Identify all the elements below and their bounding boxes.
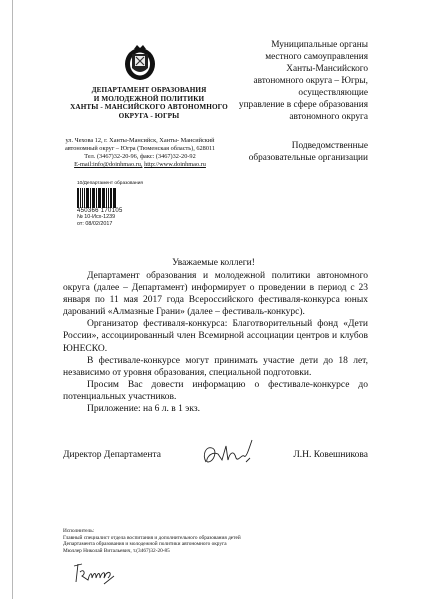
scan-edge-line (12, 0, 13, 599)
website-link[interactable]: http://www.doinhmao.ru (144, 161, 206, 168)
department-header: ДЕПАРТАМЕНТ ОБРАЗОВАНИЯ И МОЛОДЕЖНОЙ ПОЛ… (60, 86, 238, 120)
addressee-line: Подведомственные (236, 140, 368, 152)
addressee-line: образовательные организации (236, 152, 368, 164)
phone-fax: Тел. (3467)32-20-96, факс: (3467)32-20-9… (44, 153, 236, 161)
registration-stamp: 10/Департамент образования 450366 170105… (77, 181, 157, 228)
dept-line: ДЕПАРТАМЕНТ ОБРАЗОВАНИЯ (60, 86, 238, 95)
executor-line: Мюллер Николай Витальевич, т.(3467)32-20… (63, 548, 283, 555)
addressee-line: местного самоуправления (236, 51, 368, 63)
document-date: от: 08/02/2017 (77, 221, 157, 228)
paragraph: В фестивале-конкурсе могут принимать уча… (63, 355, 368, 379)
handwritten-signature-icon (200, 432, 260, 468)
letter-body: Департамент образования и молодежной пол… (63, 270, 368, 415)
signer-title: Директор Департамента (63, 450, 161, 460)
address-line: ул. Чехова 12, г. Ханты-Мансийск, Ханты-… (44, 137, 236, 145)
addressee-line: Ханты-Мансийского (236, 63, 368, 75)
addressee-secondary: Подведомственные образовательные организ… (236, 140, 368, 164)
executor-line: Департамента образования и молодежной по… (63, 541, 283, 548)
addressee-line: осуществляющие (236, 87, 368, 99)
dept-line: И МОЛОДЕЖНОЙ ПОЛИТИКИ (60, 95, 238, 104)
attachment-note: Приложение: на 6 л. в 1 экз. (63, 403, 368, 415)
addressee-line: автономного округа (236, 111, 368, 123)
executor-signature-icon (70, 560, 120, 588)
executor-block: Исполнитель: Главный специалист отдела в… (63, 528, 283, 554)
dept-line: ХАНТЫ - МАНСИЙСКОГО АВТОНОМНОГО (60, 103, 238, 112)
registration-label: 10/Департамент образования (77, 181, 157, 187)
addressee-line: управление в сфере образования (236, 99, 368, 111)
email-link[interactable]: E-mail:info@doinhmao.ru, (74, 161, 142, 168)
greeting: Уважаемые коллеги! (0, 258, 427, 268)
executor-label: Исполнитель: (63, 528, 283, 535)
signer-name: Л.Н. Ковешникова (293, 450, 368, 460)
dept-line: ОКРУГА - ЮГРЫ (60, 112, 238, 121)
addressee-line: Муниципальные органы (236, 39, 368, 51)
barcode-icon (77, 188, 117, 208)
contact-info: ул. Чехова 12, г. Ханты-Мансийск, Ханты-… (44, 137, 236, 169)
document-number: № 10-Исх-1239 (77, 214, 157, 221)
paragraph: Организатор фестиваля-конкурса: Благотво… (63, 318, 368, 354)
address-line: автономный округ – Югра (Тюменская облас… (44, 145, 236, 153)
paragraph: Департамент образования и молодежной пол… (63, 270, 368, 318)
addressee-line: автономного округа – Югры, (236, 75, 368, 87)
paragraph: Просим Вас довести информацию о фестивал… (63, 379, 368, 403)
coat-of-arms-icon (123, 44, 157, 82)
addressee-block: Муниципальные органы местного самоуправл… (236, 39, 368, 123)
